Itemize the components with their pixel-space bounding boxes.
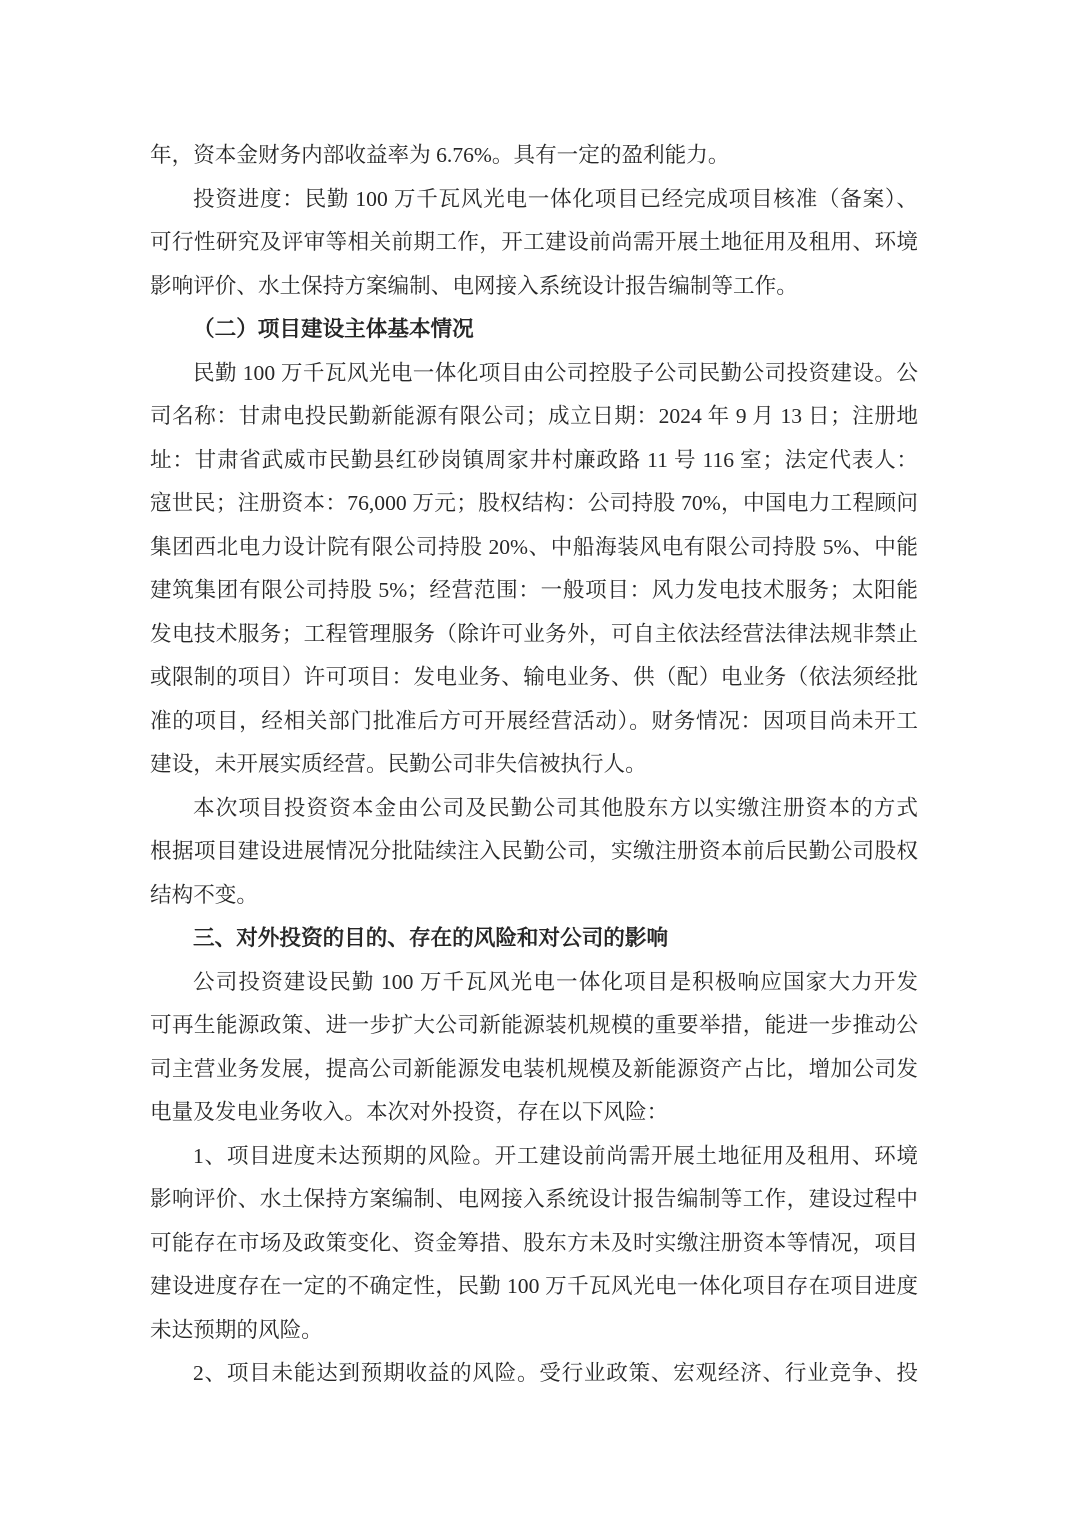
text-line: 建设进度存在一定的不确定性，民勤 100 万千瓦风光电一体化项目存在项目进度 [150,1265,918,1309]
text-line: 可行性研究及评审等相关前期工作，开工建设前尚需开展土地征用及租用、环境 [150,221,918,265]
text-line: 本次项目投资资本金由公司及民勤公司其他股东方以实缴注册资本的方式 [150,787,918,831]
document-body: 年，资本金财务内部收益率为 6.76%。具有一定的盈利能力。投资进度：民勤 10… [150,134,918,1396]
document-page: 年，资本金财务内部收益率为 6.76%。具有一定的盈利能力。投资进度：民勤 10… [0,0,1080,1527]
text-line: 1、项目进度未达预期的风险。开工建设前尚需开展土地征用及租用、环境 [150,1135,918,1179]
text-line: 集团西北电力设计院有限公司持股 20%、中船海装风电有限公司持股 5%、中能建 [150,526,918,570]
text-line: 影响评价、水土保持方案编制、电网接入系统设计报告编制等工作，建设过程中 [150,1178,918,1222]
text-line: 投资进度：民勤 100 万千瓦风光电一体化项目已经完成项目核准（备案）、 [150,178,918,222]
section-heading: （二）项目建设主体基本情况 [150,308,918,352]
text-line: 司主营业务发展，提高公司新能源发电装机规模及新能源资产占比，增加公司发 [150,1048,918,1092]
text-line: 建设，未开展实质经营。民勤公司非失信被执行人。 [150,743,918,787]
text-line: 可再生能源政策、进一步扩大公司新能源装机规模的重要举措，能进一步推动公 [150,1004,918,1048]
text-line: 址：甘肃省武威市民勤县红砂岗镇周家井村廉政路 11 号 116 室；法定代表人： [150,439,918,483]
text-line: 影响评价、水土保持方案编制、电网接入系统设计报告编制等工作。 [150,265,918,309]
text-line: 建筑集团有限公司持股 5%；经营范围：一般项目：风力发电技术服务；太阳能 [150,569,918,613]
text-line: 年，资本金财务内部收益率为 6.76%。具有一定的盈利能力。 [150,134,918,178]
text-line: 发电技术服务；工程管理服务（除许可业务外，可自主依法经营法律法规非禁止 [150,613,918,657]
text-line: 根据项目建设进展情况分批陆续注入民勤公司，实缴注册资本前后民勤公司股权 [150,830,918,874]
text-line: 或限制的项目）许可项目：发电业务、输电业务、供（配）电业务（依法须经批 [150,656,918,700]
text-line: 可能存在市场及政策变化、资金筹措、股东方未及时实缴注册资本等情况，项目 [150,1222,918,1266]
text-line: 电量及发电业务收入。本次对外投资，存在以下风险： [150,1091,918,1135]
section-heading: 三、对外投资的目的、存在的风险和对公司的影响 [150,917,918,961]
text-line: 结构不变。 [150,874,918,918]
text-line: 准的项目，经相关部门批准后方可开展经营活动）。财务情况：因项目尚未开工 [150,700,918,744]
text-line: 司名称：甘肃电投民勤新能源有限公司；成立日期：2024 年 9 月 13 日；注… [150,395,918,439]
text-line: 民勤 100 万千瓦风光电一体化项目由公司控股子公司民勤公司投资建设。公 [150,352,918,396]
text-line: 未达预期的风险。 [150,1309,918,1353]
text-line: 2、项目未能达到预期收益的风险。受行业政策、宏观经济、行业竞争、投 [150,1352,918,1396]
text-line: 公司投资建设民勤 100 万千瓦风光电一体化项目是积极响应国家大力开发 [150,961,918,1005]
text-line: 寇世民；注册资本：76,000 万元；股权结构：公司持股 70%，中国电力工程顾… [150,482,918,526]
